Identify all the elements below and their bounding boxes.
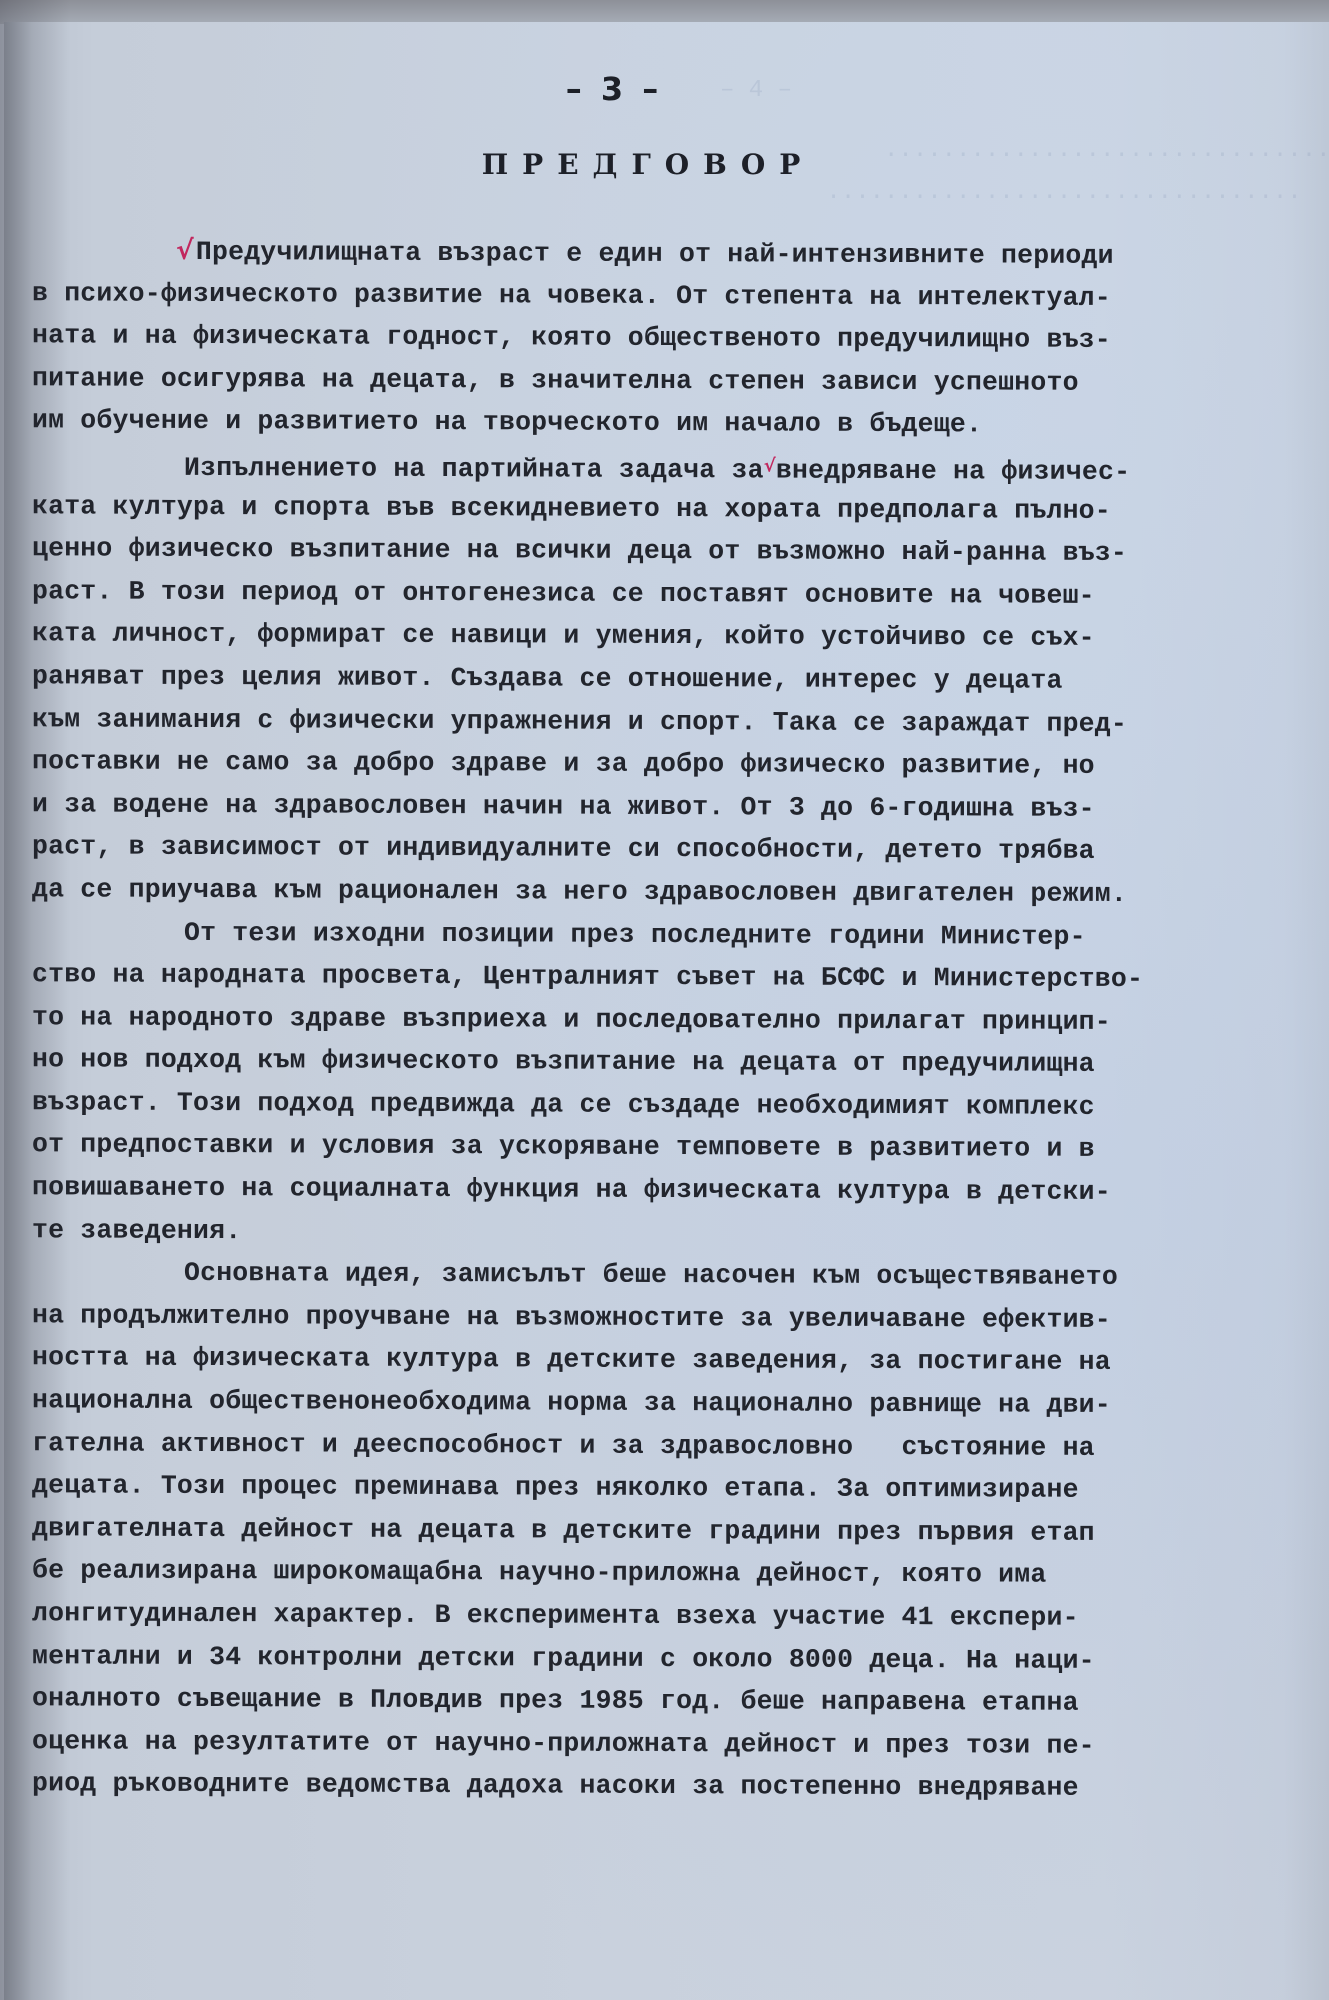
text-line: ментални и 34 контролни детски градини с… (32, 1635, 1292, 1683)
text-line: ността на физическата култура в детските… (32, 1337, 1292, 1385)
text-line: От тези изходни позиции през последните … (32, 911, 1292, 959)
text-line: Изпълнението на партийната задача за√вне… (32, 442, 1292, 490)
text-line: ката култура и спорта във всекидневието … (32, 485, 1292, 533)
text-line: към занимания с физически упражнения и с… (32, 698, 1292, 746)
text-line: ство на народната просвета, Централният … (32, 953, 1292, 1001)
text-line: на продължително проучване на възможност… (32, 1294, 1292, 1342)
text-line: √Предучилищната възраст е един от най-ин… (32, 229, 1292, 277)
text-line: гателна активност и дееспособност и за з… (32, 1422, 1292, 1470)
text-line: оценка на резултатите от научно-приложна… (32, 1720, 1292, 1768)
text-line: повишаването на социалната функция на фи… (32, 1166, 1292, 1214)
page-number: – 3 – (14, 70, 1214, 108)
paragraph: Изпълнението на партийната задача за√вне… (32, 442, 1292, 916)
text-line: те заведения. (32, 1209, 1292, 1257)
text-line: и за водене на здравословен начин на жив… (32, 783, 1292, 831)
text-line: риод ръководните ведомства дадоха насоки… (32, 1763, 1292, 1811)
text-line: от предпоставки и условия за ускоряване … (32, 1124, 1292, 1172)
text-line: поставки не само за добро здраве и за до… (32, 740, 1292, 788)
text-line: национална общественонеобходима норма за… (32, 1379, 1292, 1427)
text-line: бе реализирана широкомащабна научно-прил… (32, 1550, 1292, 1598)
checkmark-annotation-icon: √ (176, 235, 194, 266)
page-title: ПРЕДГОВОР (48, 148, 1248, 181)
text-line: ната и на физическата годност, която общ… (32, 314, 1292, 362)
text-line: двигателната дейност на децата в детскит… (32, 1507, 1292, 1555)
document-body: √Предучилищната възраст е един от най-ин… (32, 229, 1292, 1810)
text-line: да се приучава към рационален за него зд… (32, 868, 1292, 916)
photo-top-edge (0, 0, 1329, 24)
text-line: раст. В този период от онтогенезиса се п… (32, 570, 1292, 618)
text-line: лонгитудинален характер. В експеримента … (32, 1592, 1292, 1640)
text-line: ката личност, формират се навици и умени… (32, 613, 1292, 661)
paragraph: Основната идея, замисълът беше насочен к… (32, 1252, 1292, 1811)
text-line: Основната идея, замисълът беше насочен к… (32, 1252, 1292, 1300)
checkmark-annotation-icon: √ (764, 455, 776, 476)
text-line: питание осигурява на децата, в значителн… (32, 357, 1292, 405)
text-line: но нов подход към физическото възпитание… (32, 1039, 1292, 1087)
text-line: възраст. Този подход предвижда да се съз… (32, 1081, 1292, 1129)
text-line: децата. Този процес преминава през някол… (32, 1464, 1292, 1512)
paragraph: От тези изходни позиции през последните … (32, 911, 1292, 1257)
text-line: раст, в зависимост от индивидуалните си … (32, 826, 1292, 874)
text-line: в психо-физическото развитие на човека. … (32, 272, 1292, 320)
text-line: раняват през целия живот. Създава се отн… (32, 655, 1292, 703)
text-line: ценно физическо възпитание на всички дец… (32, 527, 1292, 575)
text-line: оналното съвещание в Пловдив през 1985 г… (32, 1677, 1292, 1725)
text-line: им обучение и развитието на творческото … (32, 400, 1292, 448)
text-line: то на народното здраве възприеха и после… (32, 996, 1292, 1044)
paragraph: √Предучилищната възраст е един от най-ин… (32, 229, 1292, 447)
